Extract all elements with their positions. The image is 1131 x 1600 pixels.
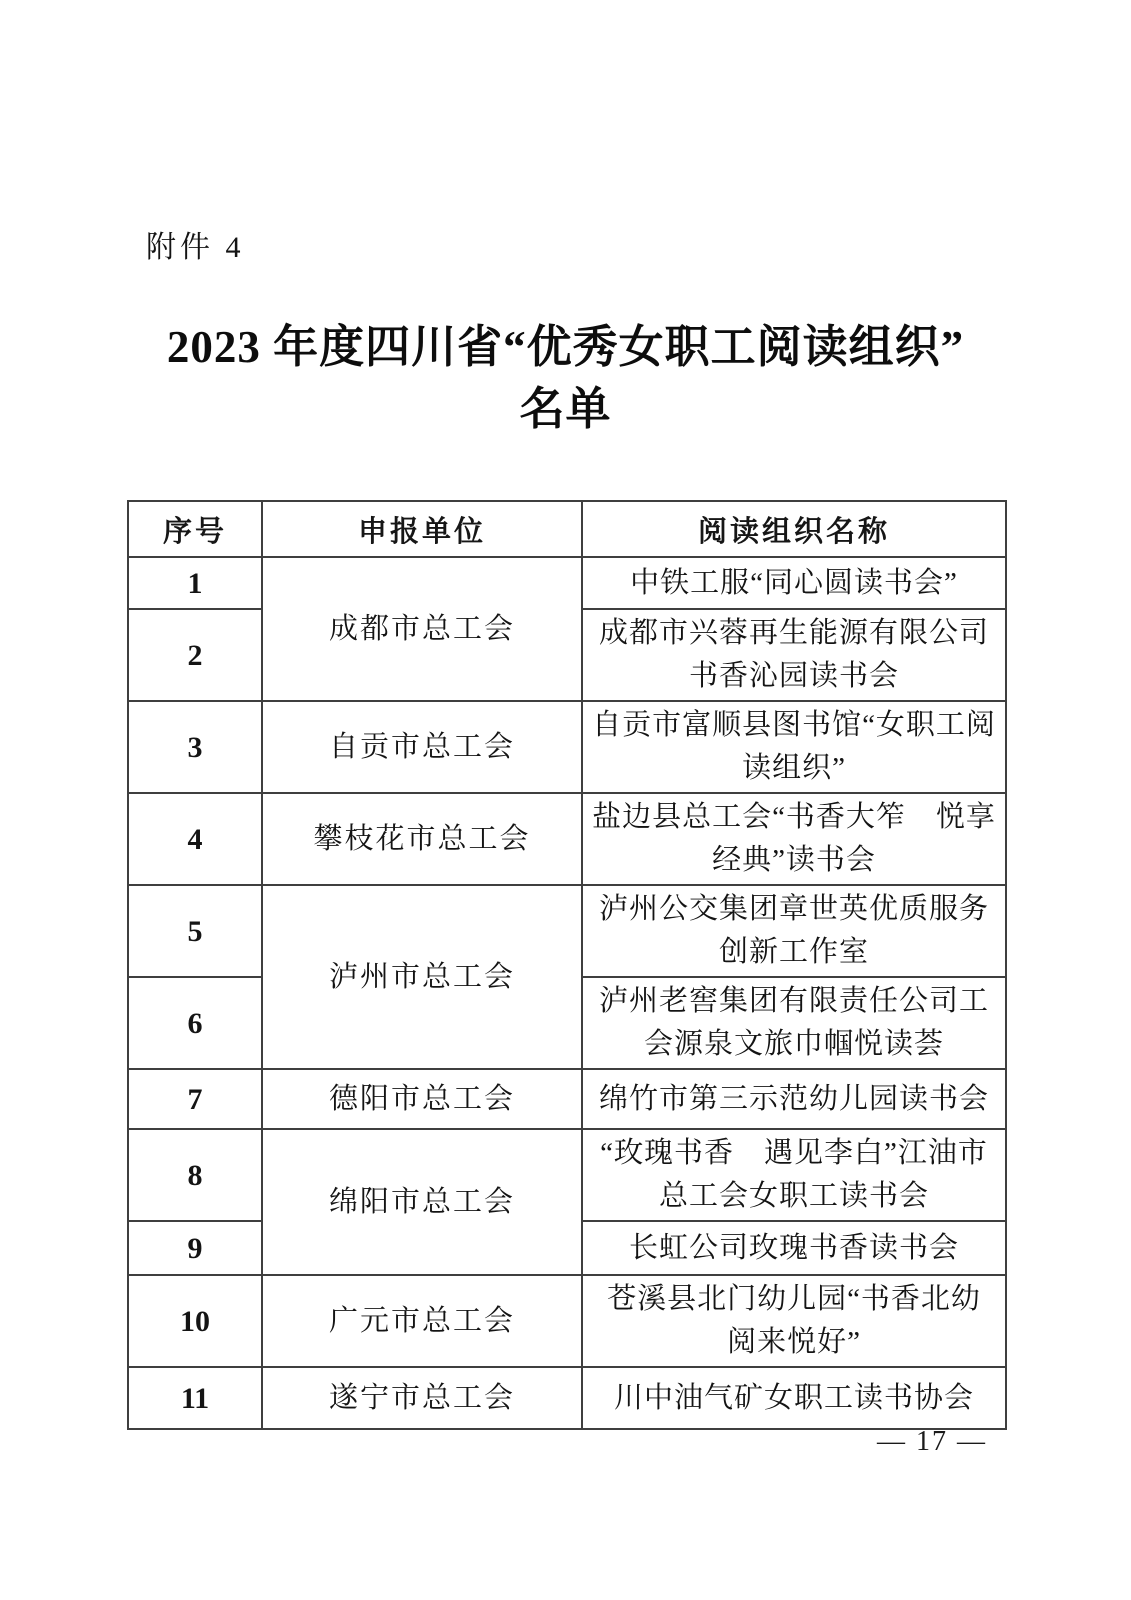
applying-unit-cell: 攀枝花市总工会	[262, 793, 582, 885]
serial-number-cell: 8	[128, 1129, 262, 1221]
page-number: — 17 —	[877, 1426, 987, 1458]
serial-number-cell: 1	[128, 557, 262, 609]
organization-name-cell: 绵竹市第三示范幼儿园读书会	[582, 1069, 1006, 1129]
table-row: 7 德阳市总工会 绵竹市第三示范幼儿园读书会	[128, 1069, 1006, 1129]
table-header-row: 序号 申报单位 阅读组织名称	[128, 501, 1006, 557]
table-row: 8 绵阳市总工会 “玫瑰书香 遇见李白”江油市总工会女职工读书会	[128, 1129, 1006, 1221]
serial-number-cell: 5	[128, 885, 262, 977]
column-header-serial-number: 序号	[128, 501, 262, 557]
table-row: 4 攀枝花市总工会 盐边县总工会“书香大笮 悦享经典”读书会	[128, 793, 1006, 885]
attachment-label: 附件 4	[146, 222, 245, 266]
organization-name-cell: 长虹公司玫瑰书香读书会	[582, 1221, 1006, 1275]
organization-name-cell: 泸州公交集团章世英优质服务创新工作室	[582, 885, 1006, 977]
table-row: 10 广元市总工会 苍溪县北门幼儿园“书香北幼 阅来悦好”	[128, 1275, 1006, 1367]
page-title-line-1: 2023 年度四川省“优秀女职工阅读组织”	[167, 322, 964, 372]
document-page: 附件 4 2023 年度四川省“优秀女职工阅读组织” 名单 序号 申报单位 阅读…	[0, 0, 1131, 1600]
organization-name-cell: 泸州老窖集团有限责任公司工会源泉文旅巾帼悦读荟	[582, 977, 1006, 1069]
column-header-organization-name: 阅读组织名称	[582, 501, 1006, 557]
serial-number-cell: 3	[128, 701, 262, 793]
reading-organizations-table: 序号 申报单位 阅读组织名称 1 成都市总工会 中铁工服“同心圆读书会” 2 成…	[127, 500, 1007, 1430]
table-row: 5 泸州市总工会 泸州公交集团章世英优质服务创新工作室	[128, 885, 1006, 977]
applying-unit-cell: 广元市总工会	[262, 1275, 582, 1367]
applying-unit-cell: 德阳市总工会	[262, 1069, 582, 1129]
serial-number-cell: 11	[128, 1367, 262, 1429]
table-row: 3 自贡市总工会 自贡市富顺县图书馆“女职工阅读组织”	[128, 701, 1006, 793]
table-row: 1 成都市总工会 中铁工服“同心圆读书会”	[128, 557, 1006, 609]
applying-unit-cell: 泸州市总工会	[262, 885, 582, 1069]
serial-number-cell: 7	[128, 1069, 262, 1129]
applying-unit-cell: 遂宁市总工会	[262, 1367, 582, 1429]
applying-unit-cell: 绵阳市总工会	[262, 1129, 582, 1275]
serial-number-cell: 2	[128, 609, 262, 701]
page-title: 2023 年度四川省“优秀女职工阅读组织” 名单	[0, 316, 1131, 440]
organization-name-cell: 自贡市富顺县图书馆“女职工阅读组织”	[582, 701, 1006, 793]
serial-number-cell: 9	[128, 1221, 262, 1275]
organization-name-cell: 盐边县总工会“书香大笮 悦享经典”读书会	[582, 793, 1006, 885]
serial-number-cell: 6	[128, 977, 262, 1069]
column-header-applying-unit: 申报单位	[262, 501, 582, 557]
applying-unit-cell: 自贡市总工会	[262, 701, 582, 793]
serial-number-cell: 4	[128, 793, 262, 885]
organization-name-cell: 苍溪县北门幼儿园“书香北幼 阅来悦好”	[582, 1275, 1006, 1367]
page-title-line-2: 名单	[519, 384, 611, 434]
organization-name-cell: 中铁工服“同心圆读书会”	[582, 557, 1006, 609]
organization-name-cell: 川中油气矿女职工读书协会	[582, 1367, 1006, 1429]
organization-name-cell: “玫瑰书香 遇见李白”江油市总工会女职工读书会	[582, 1129, 1006, 1221]
serial-number-cell: 10	[128, 1275, 262, 1367]
table-row: 11 遂宁市总工会 川中油气矿女职工读书协会	[128, 1367, 1006, 1429]
organization-name-cell: 成都市兴蓉再生能源有限公司书香沁园读书会	[582, 609, 1006, 701]
applying-unit-cell: 成都市总工会	[262, 557, 582, 701]
